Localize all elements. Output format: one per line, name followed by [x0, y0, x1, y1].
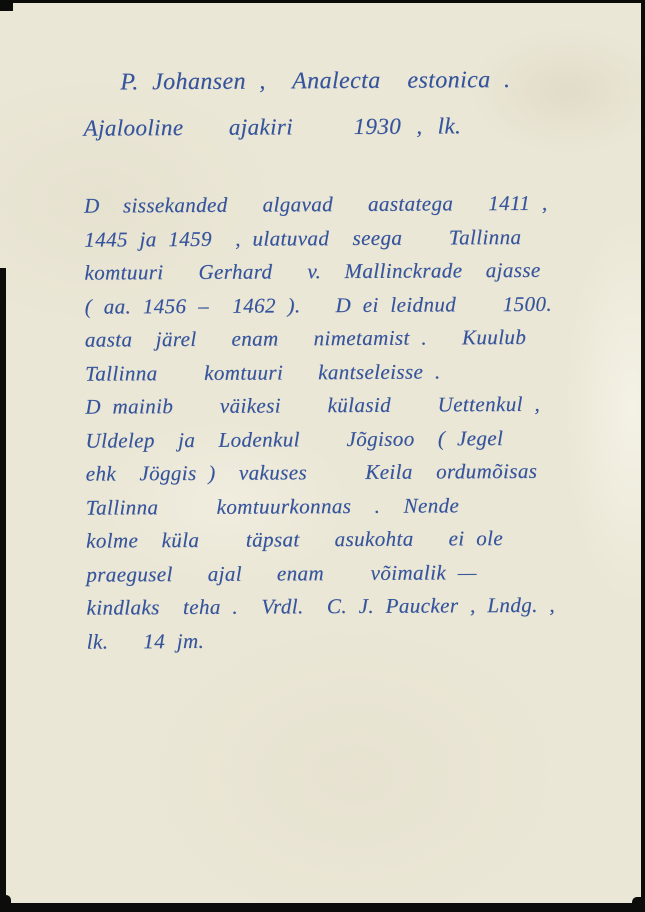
- handwriting-line: D mainib väikesi külasid Uettenkul ,: [85, 387, 615, 424]
- scan-edge-left: [0, 268, 6, 912]
- handwriting-line: ehk Jöggis ) vakuses Keila ordumõisas: [86, 454, 616, 491]
- handwriting-line: Tallinna komtuurkonnas . Nende: [86, 488, 616, 525]
- scan-edge-top: [0, 0, 645, 3]
- handwriting-line: aasta järel enam nimetamist . Kuulub: [85, 320, 615, 357]
- handwriting-line: ( aa. 1456 – 1462 ). D ei leidnud 1500.: [85, 287, 615, 324]
- scan-corner-bottom-left: [0, 895, 11, 912]
- scan-edge-right: [641, 0, 645, 912]
- handwriting-line: D sissekanded algavad aastatega 1411 ,: [84, 186, 614, 223]
- scan-corner-bottom-right: [632, 897, 645, 912]
- handwriting-line: kolme küla täpsat asukohta ei ole: [86, 521, 616, 558]
- handwriting-line: kindlaks teha . Vrdl. C. J. Paucker , Ln…: [86, 588, 616, 625]
- handwriting-line: praegusel ajal enam võimalik —: [86, 555, 616, 592]
- handwriting-line: lk. 14 jm.: [87, 622, 617, 659]
- handwritten-text: P. Johansen , Analecta estonica . Ajaloo…: [83, 64, 617, 658]
- title-line-author: P. Johansen , Analecta estonica .: [83, 64, 613, 97]
- handwriting-line: Tallinna komtuuri kantseleisse .: [85, 354, 615, 391]
- handwriting-line: 1445 ja 1459 , ulatuvad seega Tallinna: [84, 220, 614, 257]
- title-line-journal: Ajalooline ajakiri 1930 , lk.: [83, 110, 613, 143]
- handwriting-line: komtuuri Gerhard v. Mallinckrade ajasse: [84, 253, 614, 290]
- scanned-page: P. Johansen , Analecta estonica . Ajaloo…: [0, 0, 645, 912]
- scan-corner-top-left: [0, 0, 13, 11]
- handwriting-line: Uldelep ja Lodenkul Jõgisoo ( Jegel: [85, 421, 615, 458]
- scan-edge-bottom: [0, 903, 645, 912]
